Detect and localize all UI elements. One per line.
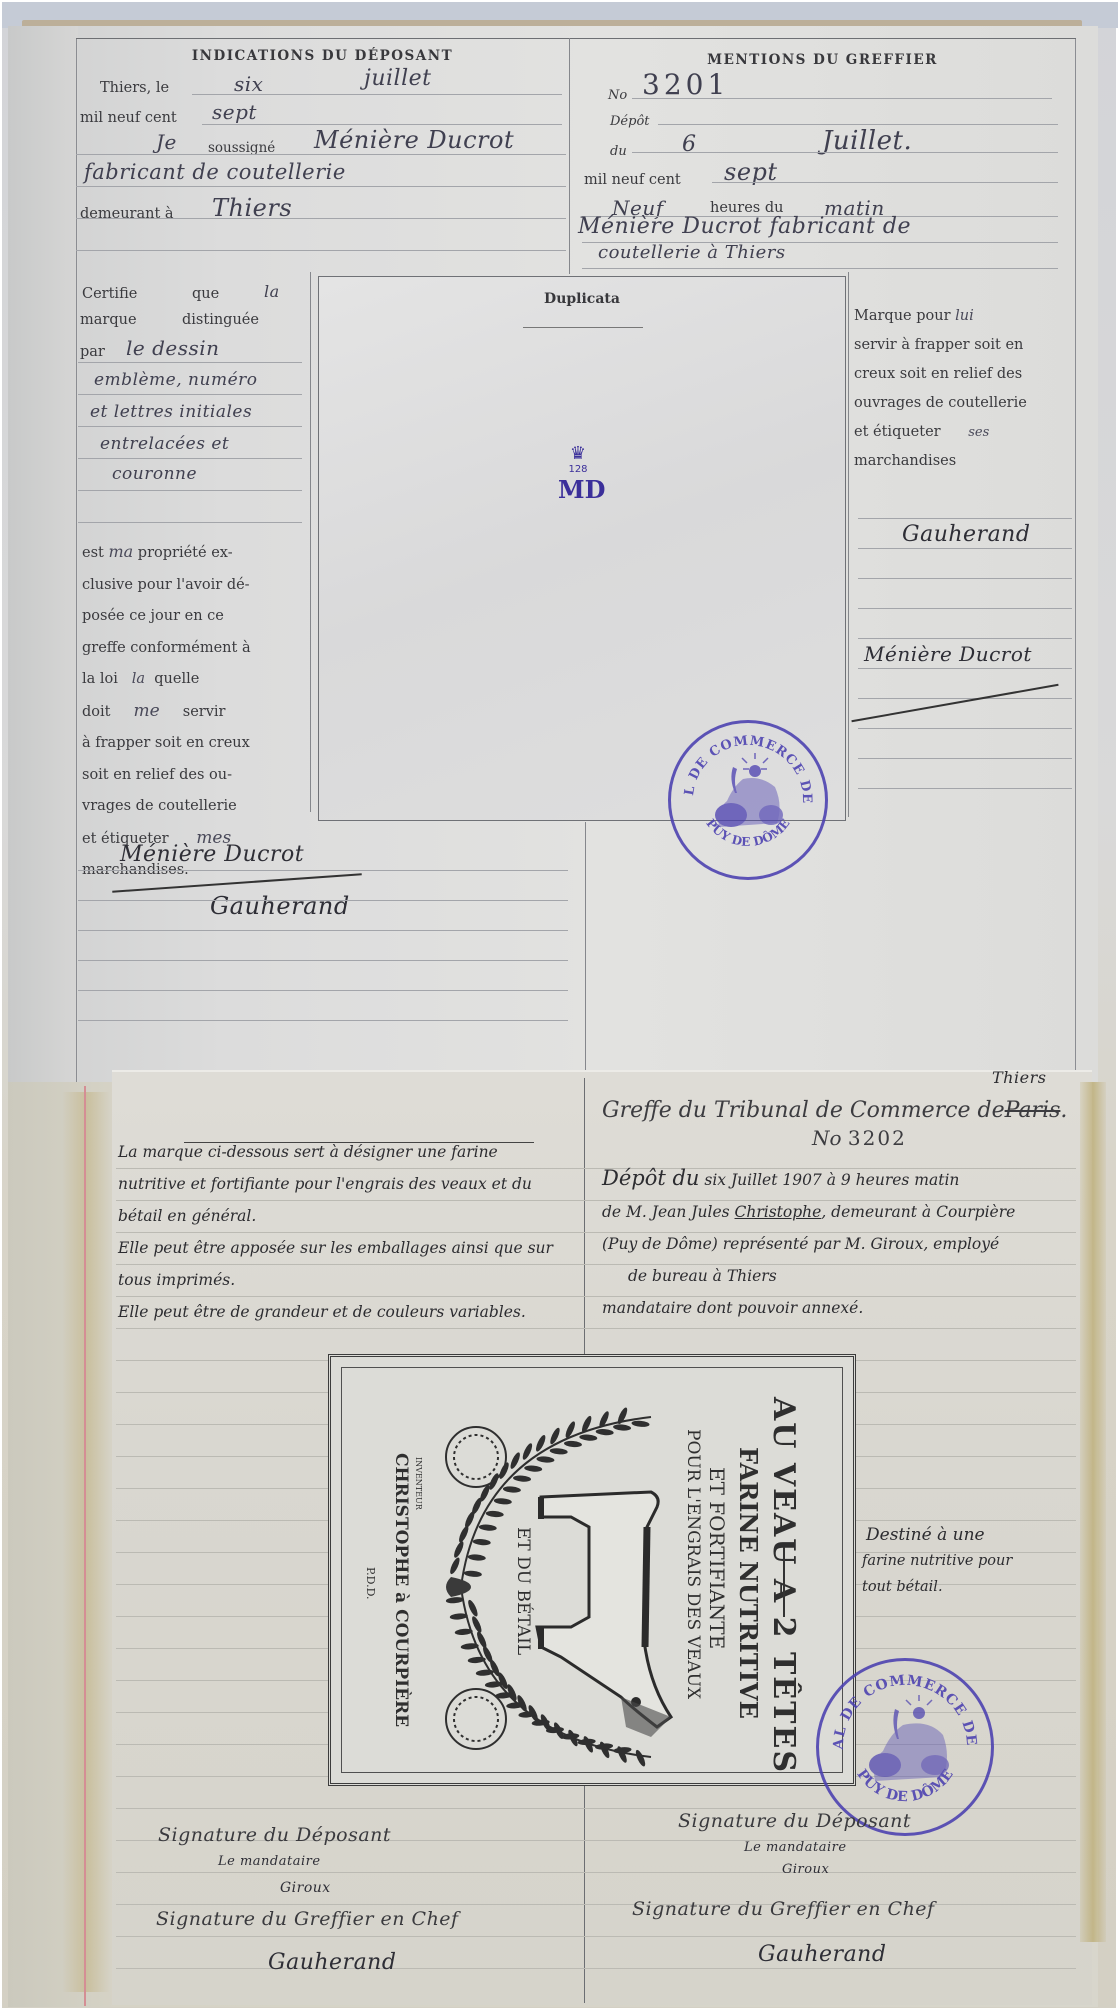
depositor-signature-1: Ménière Ducrot: [120, 842, 304, 867]
trademark-label: AU VEAU A 2 TÊTES FARINE NUTRITIVE ET FO…: [328, 1354, 856, 1786]
depositor-signature-2: Ménière Ducrot: [864, 642, 1032, 666]
document-photo: INDICATIONS DU DÉPOSANT Thiers, le six j…: [0, 0, 1118, 2010]
depositor-name: Ménière Ducrot: [314, 126, 514, 154]
greffe-number: No 3202: [812, 1126, 907, 1150]
year-label: mil neuf cent: [80, 110, 177, 126]
left-depositor-signature-label: Signature du Déposant: [158, 1824, 391, 1846]
right-depositor-signature-2: Giroux: [782, 1862, 829, 1877]
trademark-mark: ♛ 128 MD: [558, 445, 598, 503]
greffe-deposit-details: Dépôt du six Juillet 1907 à 9 heures mat…: [602, 1162, 1082, 1324]
city-correction: Thiers: [992, 1068, 1046, 1087]
left-greffier-signature-label: Signature du Greffier en Chef: [156, 1908, 459, 1930]
right-depositor-signature-label: Signature du Déposant: [678, 1810, 911, 1832]
right-depositor-signature-1: Le mandataire: [744, 1840, 847, 1855]
clerk-signature-2: Gauherand: [902, 522, 1030, 547]
left-depositor-signature-2: Giroux: [280, 1880, 331, 1896]
column-divider: [569, 38, 570, 274]
du-label: du: [610, 144, 627, 159]
mark-description: La marque ci-dessous sert à désigner une…: [118, 1136, 578, 1328]
duplicata-title: Duplicata: [319, 291, 845, 307]
number-label: No: [608, 88, 627, 103]
certify-label: Certifie: [82, 286, 137, 302]
tribunal-stamp-1: TRIBUNAL DE COMMERCE DE THIERS ( PUY DE …: [668, 720, 828, 880]
destination-note: Destiné à une farine nutritive pour tout…: [862, 1522, 1012, 1600]
right-greffier-signature: Gauherand: [758, 1942, 886, 1967]
property-clause: est ma propriété ex- clusive pour l'avoi…: [82, 536, 304, 887]
greffe-title: Greffe du Tribunal de Commerce deParis.: [602, 1098, 1067, 1123]
right-greffier-signature-label: Signature du Greffier en Chef: [632, 1898, 935, 1920]
mark-monogram: MD: [558, 477, 598, 503]
left-depositor-signature-1: Le mandataire: [218, 1854, 321, 1869]
clerk-mark-clause: Marque pour lui servir à frapper soit en…: [854, 302, 1072, 476]
stamp-seal-icon: TRIBUNAL DE COMMERCE DE THIERS PUY DE DÔ…: [819, 1661, 991, 1833]
left-greffier-signature: Gauherand: [268, 1950, 396, 1975]
red-margin-line: [84, 1086, 86, 2006]
deposit-number: 3201: [642, 68, 729, 101]
deposit-month: juillet: [364, 66, 431, 91]
mark-description-hand: le dessin: [126, 336, 220, 360]
deposit-day: six: [234, 72, 263, 96]
clerk-header: MENTIONS DU GREFFIER: [569, 52, 1076, 68]
clerk-year-label: mil neuf cent: [584, 172, 681, 188]
deposit-year: sept: [212, 100, 257, 124]
clerk-depositor-line1: Ménière Ducrot fabricant de: [578, 214, 911, 239]
je-text: Je: [156, 130, 177, 154]
clerk-signature-1: Gauherand: [210, 892, 350, 920]
crown-icon: ♛: [558, 445, 598, 463]
stamp-seal-icon: TRIBUNAL DE COMMERCE DE THIERS ( PUY DE …: [671, 723, 825, 877]
depot-label: Dépôt: [610, 114, 650, 129]
residence-label: demeurant à: [80, 206, 174, 222]
depot-day: 6: [682, 132, 697, 157]
clerk-depositor-line2: coutellerie à Thiers: [598, 242, 786, 263]
depositor-occupation: fabricant de coutellerie: [84, 160, 346, 184]
label-ornament: [783, 1547, 785, 1617]
place-label: Thiers, le: [100, 80, 169, 96]
depositor-header: INDICATIONS DU DÉPOSANT: [76, 48, 569, 64]
calf-illustration: [421, 1397, 701, 1777]
